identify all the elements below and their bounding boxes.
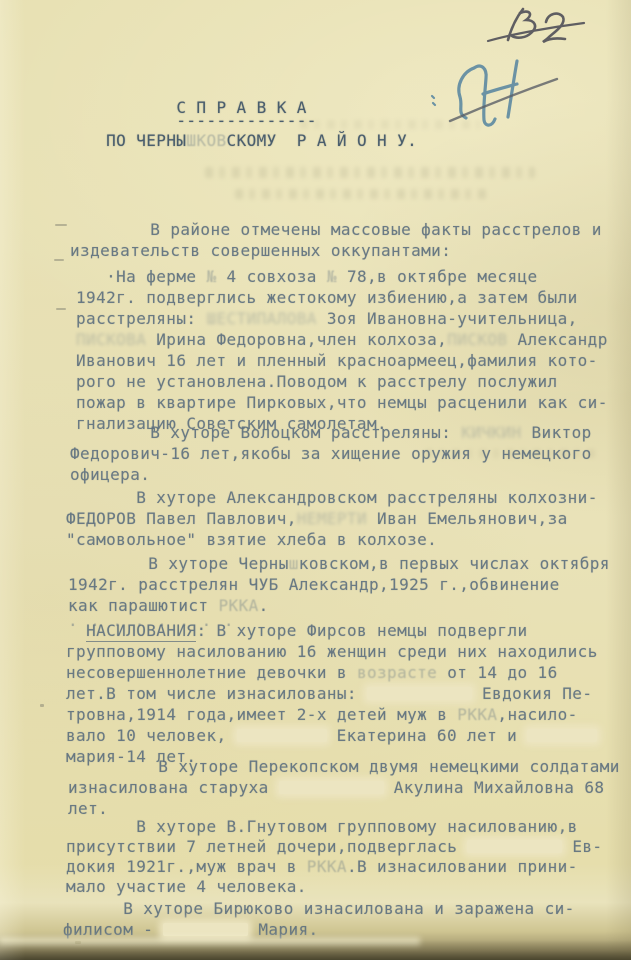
text-line: ·На ферме № 4 совхоза № 78,в октябре мес… xyxy=(76,266,608,287)
redacted-blank xyxy=(527,729,597,742)
blurred-name: НЕМЕРТИ xyxy=(297,509,367,528)
text-segment: издевательств совершенных оккупантами: xyxy=(70,241,451,260)
text-segment: ковском,в первых числах октября xyxy=(299,554,610,573)
text-segment: Александр xyxy=(507,330,607,349)
text-line: "самовольное" взятие хлеба в колхозе. xyxy=(66,529,598,550)
text-segment: расстреляны: xyxy=(76,309,206,328)
text-line: изнасилована старуха Акулина Михайловна … xyxy=(68,777,620,798)
text-line: В хуторе Бирюково изнасилована и заражен… xyxy=(63,898,575,919)
margin-tick xyxy=(55,224,67,226)
text-line: В хуторе Александровском расстреляны кол… xyxy=(66,487,598,508)
text-line: В хуторе Перекопском двумя немецкими сол… xyxy=(68,756,620,777)
text-line: 1942г. подверглись жестокому избиению,а … xyxy=(76,287,608,308)
underlined-heading: НАСИЛОВАНИЯ xyxy=(86,621,196,642)
text-line: лет. xyxy=(68,798,620,819)
text-line: тровна,1914 года,имеет 2-х детей муж в Р… xyxy=(66,704,598,725)
paragraph-aleksandrovsky: В хуторе Александровском расстреляны кол… xyxy=(66,487,598,550)
text-segment: офицера. xyxy=(70,465,150,484)
text-line: В хуторе В.Гнутовом групповому насилован… xyxy=(66,817,602,837)
paragraph-perekopsky: В хуторе Перекопском двумя немецкими сол… xyxy=(68,756,620,819)
text-segment: № xyxy=(327,267,337,286)
text-segment: "самовольное" взятие хлеба в колхозе. xyxy=(66,530,437,549)
text-segment: вало 10 человек, xyxy=(66,726,237,745)
text-segment: от 14 до 16 xyxy=(437,663,557,682)
blurred-name: КИЧКИН xyxy=(461,423,521,442)
paragraph-volotsky: В хуторе Волоцком расстреляны: КИЧКИН Ви… xyxy=(70,422,592,485)
text-line: лет.В том числе изнасилованы: Евдокия Пе… xyxy=(66,683,598,704)
text-segment: лет. xyxy=(68,799,108,818)
margin-tick xyxy=(56,308,66,310)
text-segment: 4 совхоза xyxy=(216,267,326,286)
text-segment: В хуторе Александровском расстреляны кол… xyxy=(66,488,598,507)
text-line: В хуторе Чернышковском,в первых числах о… xyxy=(68,553,610,574)
paragraph-farm-executions: ·На ферме № 4 совхоза № 78,в октябре мес… xyxy=(76,266,608,434)
text-line: 1942г. расстрелян ЧУБ Александр,1925 г.,… xyxy=(68,574,610,595)
text-line: Иванович 16 лет и пленный красноармеец,ф… xyxy=(76,350,608,371)
text-segment: Евдокия Пе- xyxy=(472,684,592,703)
text-line: мало участие 4 человека. xyxy=(66,877,602,897)
handwritten-blue-monogram xyxy=(0,0,631,180)
redacted-blank xyxy=(163,923,248,936)
text-segment: Ирина Федоровна,член колхоза, xyxy=(146,330,447,349)
redacted-blank xyxy=(367,687,472,700)
paragraph-rapes-firsov: НАСИЛОВАНИЯ: В хуторе Фирсов немцы подве… xyxy=(66,620,598,767)
text-segment xyxy=(66,621,86,640)
text-segment: ФЕДОРОВ Павел Павлович, xyxy=(66,509,297,528)
text-segment: мало участие 4 человека. xyxy=(66,877,307,896)
text-segment: Ев- xyxy=(562,837,602,856)
text-segment: групповому насилованию 16 женщин среди н… xyxy=(66,642,598,661)
text-line: издевательств совершенных оккупантами: xyxy=(70,240,602,261)
text-segment: РККА xyxy=(457,705,497,724)
text-segment: изнасилована старуха xyxy=(68,778,279,797)
text-line: присутствии 7 летней дочери,подверглась … xyxy=(66,837,602,857)
text-segment: ,насило- xyxy=(497,705,577,724)
text-segment: № xyxy=(206,267,216,286)
blurred-name: ШЕСТИПАЛОВА xyxy=(206,309,316,328)
text-line: рого не установлена.Поводом к расстрелу … xyxy=(76,371,608,392)
text-segment: возрасте xyxy=(357,663,437,682)
text-segment: . xyxy=(259,596,269,615)
text-segment: В хуторе Перекопском двумя немецкими сол… xyxy=(68,757,620,776)
paragraph-gnutov: В хуторе В.Гнутовом групповому насилован… xyxy=(66,817,602,897)
paper-edge-shadow xyxy=(0,940,631,960)
text-line: ПИСКОВА Ирина Федоровна,член колхоза,ПИС… xyxy=(76,329,608,350)
text-segment: В районе отмечены массовые факты расстре… xyxy=(70,220,602,239)
text-segment: присутствии 7 летней дочери,подверглась xyxy=(66,837,467,856)
text-segment: лет.В том числе изнасилованы: xyxy=(66,684,367,703)
text-segment: Иван Емельянович,за xyxy=(367,509,568,528)
text-line: несовершеннолетние девочки в возрасте от… xyxy=(66,662,598,683)
text-segment: 1942г. подверглись жестокому избиению,а … xyxy=(76,288,578,307)
document-page: С П Р А В К А -------------- ПО ЧЕРНЫШКО… xyxy=(0,0,631,960)
text-line: В районе отмечены массовые факты расстре… xyxy=(70,219,602,240)
text-segment: пожар в квартире Пирковых,что немцы расц… xyxy=(76,393,608,412)
redacted-blank xyxy=(467,840,562,853)
text-segment: В хуторе Бирюково изнасилована и заражен… xyxy=(63,899,575,918)
text-segment: ·На ферме xyxy=(76,267,206,286)
text-segment: Акулина Михайловна 68 xyxy=(384,778,605,797)
text-segment: Виктор xyxy=(521,423,591,442)
text-segment: 1942г. расстрелян ЧУБ Александр,1925 г.,… xyxy=(68,575,560,594)
text-segment: Зоя Ивановна-учительница, xyxy=(317,309,578,328)
text-line: расстреляны: ШЕСТИПАЛОВА Зоя Ивановна-уч… xyxy=(76,308,608,329)
bleedthrough-text xyxy=(235,189,490,199)
paper-speck xyxy=(40,704,44,707)
text-line: вало 10 человек, Екатерина 60 лет и xyxy=(66,725,598,746)
paragraph-chernyshkovsky: В хуторе Чернышковском,в первых числах о… xyxy=(68,553,610,616)
text-segment: 78,в октябре месяце xyxy=(337,267,538,286)
text-segment: РККА xyxy=(307,857,347,876)
text-segment: тровна,1914 года,имеет 2-х детей муж в xyxy=(66,705,457,724)
text-line: В хуторе Волоцком расстреляны: КИЧКИН Ви… xyxy=(70,422,592,443)
text-line: групповому насилованию 16 женщин среди н… xyxy=(66,641,598,662)
text-segment: В хуторе Волоцком расстреляны: xyxy=(70,423,461,442)
text-segment: Иванович 16 лет и пленный красноармеец,ф… xyxy=(76,351,598,370)
text-segment: Федорович-16 лет,якобы за хищение оружия… xyxy=(70,444,592,463)
text-line: НАСИЛОВАНИЯ: В хуторе Фирсов немцы подве… xyxy=(66,620,598,641)
text-line: ФЕДОРОВ Павел Павлович,НЕМЕРТИ Иван Емел… xyxy=(66,508,598,529)
text-segment: .В изнасиловании прини- xyxy=(347,857,578,876)
paragraph-intro: В районе отмечены массовые факты расстре… xyxy=(70,219,602,261)
margin-tick xyxy=(54,259,64,261)
redacted-blank xyxy=(237,729,327,742)
blurred-name: ПИСКОВА xyxy=(76,330,146,349)
blurred-name: ПИСКОВ xyxy=(447,330,507,349)
text-segment: Екатерина 60 лет и xyxy=(327,726,528,745)
text-line: докия 1921г.,муж врач в РККА.В изнасилов… xyxy=(66,857,602,877)
text-segment: несовершеннолетние девочки в xyxy=(66,663,357,682)
text-segment: рого не установлена.Поводом к расстрелу … xyxy=(76,372,558,391)
text-segment: В хуторе Черны xyxy=(68,554,289,573)
text-line: офицера. xyxy=(70,464,592,485)
text-segment: : В хуторе Фирсов немцы подвергли xyxy=(196,621,527,640)
redacted-blank xyxy=(279,781,384,794)
text-segment: докия 1921г.,муж врач в xyxy=(66,857,307,876)
text-segment: ш xyxy=(289,554,299,573)
text-segment: В хуторе В.Гнутовом групповому насилован… xyxy=(66,817,578,836)
text-line: пожар в квартире Пирковых,что немцы расц… xyxy=(76,392,608,413)
paragraph-biryukovo: В хуторе Бирюково изнасилована и заражен… xyxy=(63,898,575,940)
text-line: Федорович-16 лет,якобы за хищение оружия… xyxy=(70,443,592,464)
